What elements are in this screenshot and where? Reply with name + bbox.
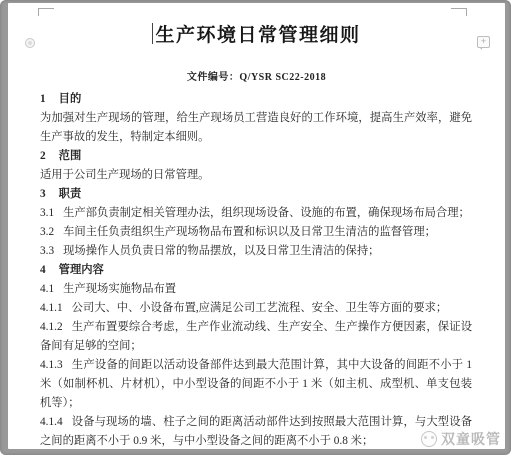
- doc-number: 文件编号：Q/YSR SC22-2018: [8, 68, 505, 83]
- section-number: 2: [40, 147, 46, 166]
- title-row: 生产环境日常管理细则: [8, 23, 505, 49]
- section-number: 4: [40, 261, 46, 280]
- clause-number: 4.1.3: [40, 356, 63, 375]
- paragraph-4.1.2: 4.1.2生产布置要综合考虑，生产作业流动线、生产安全、生产操作方便因素，保证设…: [40, 318, 472, 356]
- paragraph-4.1.4: 4.1.4设备与现场的墙、柱子之间的距离活动部件达到按照最大范围计算，与大型设备…: [40, 413, 472, 451]
- paragraph-3.2: 3.2车间主任负责组织生产现场物品布置和标识以及日常卫生清洁的监督管理；: [40, 223, 472, 242]
- section-title: 目的: [59, 93, 82, 105]
- paragraph: 适用于公司生产现场的日常管理。: [40, 166, 472, 185]
- comment-anchor-icon[interactable]: [25, 38, 35, 48]
- section-title: 管理内容: [59, 264, 104, 276]
- section-heading-4: 4管理内容: [40, 261, 472, 280]
- document-page[interactable]: + 生产环境日常管理细则 文件编号：Q/YSR SC22-2018 1目的为加强…: [8, 3, 505, 449]
- section-heading-1: 1目的: [40, 90, 472, 109]
- add-comment-icon[interactable]: +: [477, 36, 490, 48]
- watermark: 双童吸管: [421, 429, 501, 449]
- section-title: 范围: [59, 150, 82, 162]
- paragraph: 为加强对生产现场的管理，给生产现场员工营造良好的工作环境，提高生产效率，避免生产…: [40, 109, 472, 147]
- section-number: 3: [40, 185, 46, 204]
- paragraph-3.1: 3.1生产部负责制定相关管理办法，组织现场设备、设施的布置，确保现场布局合理；: [40, 204, 472, 223]
- paragraph-4.1: 4.1生产现场实施物品布置: [40, 280, 472, 299]
- document-title: 生产环境日常管理细则: [155, 25, 360, 46]
- margin-crop-mark-top-left: [38, 8, 54, 16]
- document-body[interactable]: 1目的为加强对生产现场的管理，给生产现场员工营造良好的工作环境，提高生产效率，避…: [40, 90, 472, 451]
- clause-number: 4.1.2: [40, 318, 63, 337]
- watermark-text: 双童吸管: [441, 429, 501, 449]
- paragraph-3.3: 3.3现场操作人员负责日常的物品摆放，以及日常卫生清洁的保持；: [40, 242, 472, 261]
- clause-number: 4.1.4: [40, 413, 63, 432]
- clause-number: 3.1: [40, 204, 54, 223]
- clause-number: 4.1: [40, 280, 54, 299]
- watermark-logo-icon: [421, 431, 437, 447]
- section-heading-3: 3职责: [40, 185, 472, 204]
- section-number: 1: [40, 90, 46, 109]
- clause-number: 3.3: [40, 242, 54, 261]
- margin-crop-mark-top-right: [451, 8, 467, 16]
- section-heading-2: 2范围: [40, 147, 472, 166]
- clause-number: 4.1.1: [40, 299, 63, 318]
- page-background: + 生产环境日常管理细则 文件编号：Q/YSR SC22-2018 1目的为加强…: [0, 0, 511, 455]
- clause-number: 3.2: [40, 223, 54, 242]
- text-cursor: [152, 23, 153, 44]
- section-title: 职责: [59, 188, 82, 200]
- paragraph-4.1.1: 4.1.1公司大、中、小设备布置,应满足公司工艺流程、安全、卫生等方面的要求；: [40, 299, 472, 318]
- paragraph-4.1.3: 4.1.3生产设备的间距以活动设备部件达到最大范围计算，其中大设备的间距不小于 …: [40, 356, 472, 413]
